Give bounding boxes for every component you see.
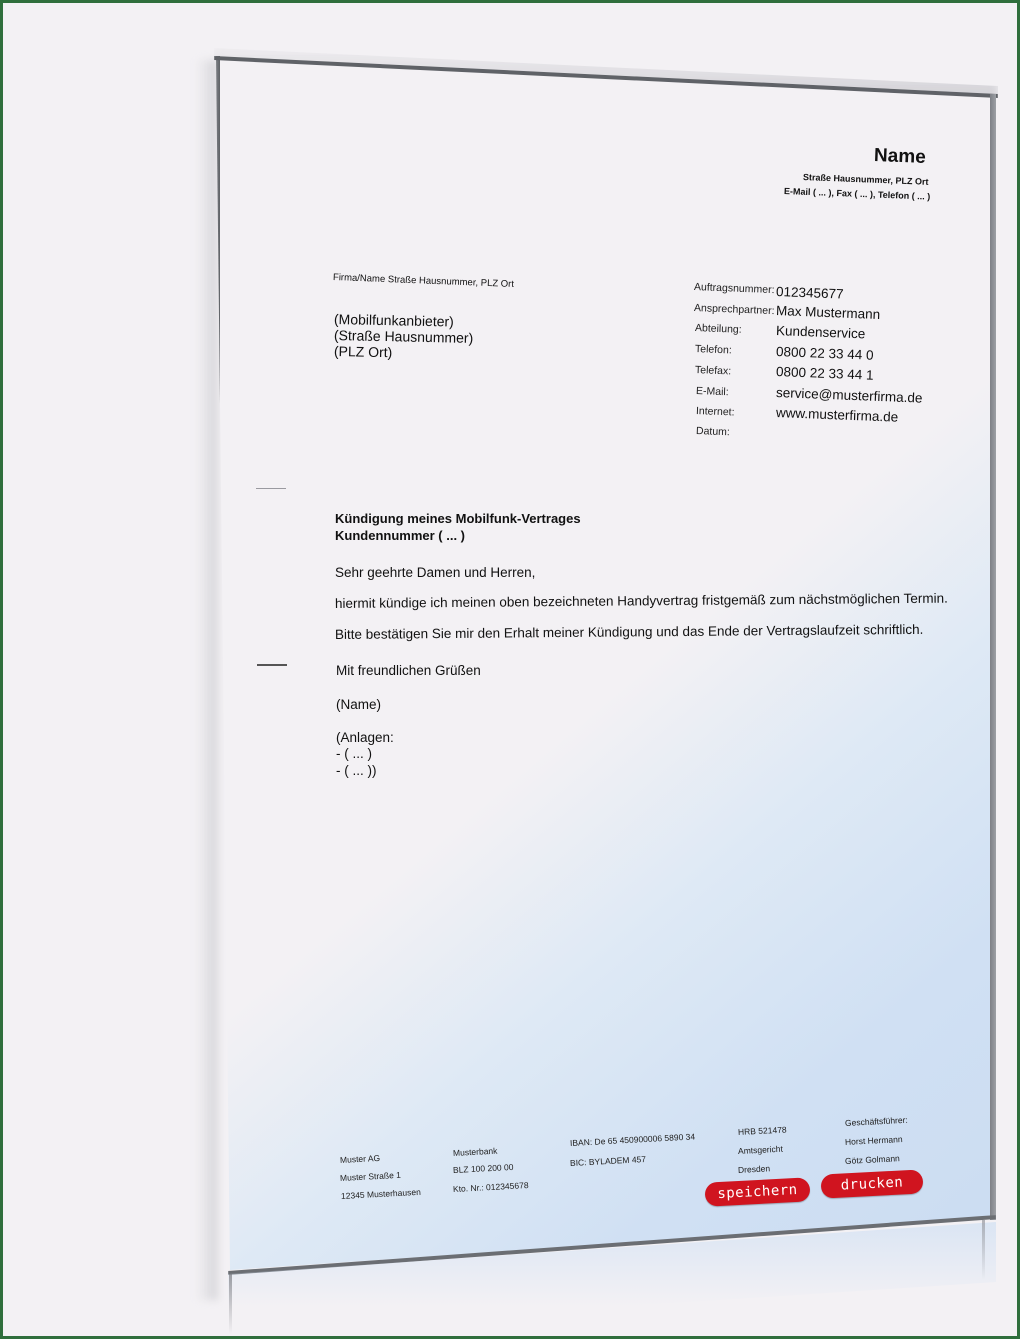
attachments-label: (Anlagen: xyxy=(336,730,394,745)
signature: (Name) xyxy=(336,697,381,712)
sheet-edge-right xyxy=(990,94,996,1220)
footer-text: Dresden xyxy=(738,1163,771,1175)
fold-mark xyxy=(256,488,286,489)
salutation: Sehr geehrte Damen und Herren, xyxy=(335,565,535,580)
punch-mark xyxy=(257,664,287,666)
closing: Mit freundlichen Grüßen xyxy=(336,663,481,678)
info-label: Telefon: xyxy=(695,343,732,356)
sender-name: Name xyxy=(874,145,927,169)
subject-line-1: Kündigung meines Mobilfunk-Vertrages xyxy=(335,510,581,527)
footer-text: Muster AG xyxy=(340,1153,381,1165)
info-label: Internet: xyxy=(696,405,735,418)
reflection-edge-left xyxy=(229,1274,232,1334)
sheet-shadow xyxy=(196,60,218,1300)
attachment-2: - ( ... )) xyxy=(336,763,377,778)
info-value: 012345677 xyxy=(776,284,844,302)
document-preview: Name Straße Hausnummer, PLZ Ort E-Mail (… xyxy=(0,0,1020,1339)
info-label: Datum: xyxy=(696,425,730,438)
reflection-edge-right xyxy=(982,1220,985,1280)
recipient-line-3: (PLZ Ort) xyxy=(334,343,393,360)
info-label: Telefax: xyxy=(695,364,732,377)
info-label: Abteilung: xyxy=(695,322,742,336)
info-label: E-Mail: xyxy=(696,385,729,398)
letter-sheet xyxy=(216,58,994,1270)
attachment-1: - ( ... ) xyxy=(336,746,372,761)
subject-line-2: Kundennummer ( ... ) xyxy=(335,527,465,544)
